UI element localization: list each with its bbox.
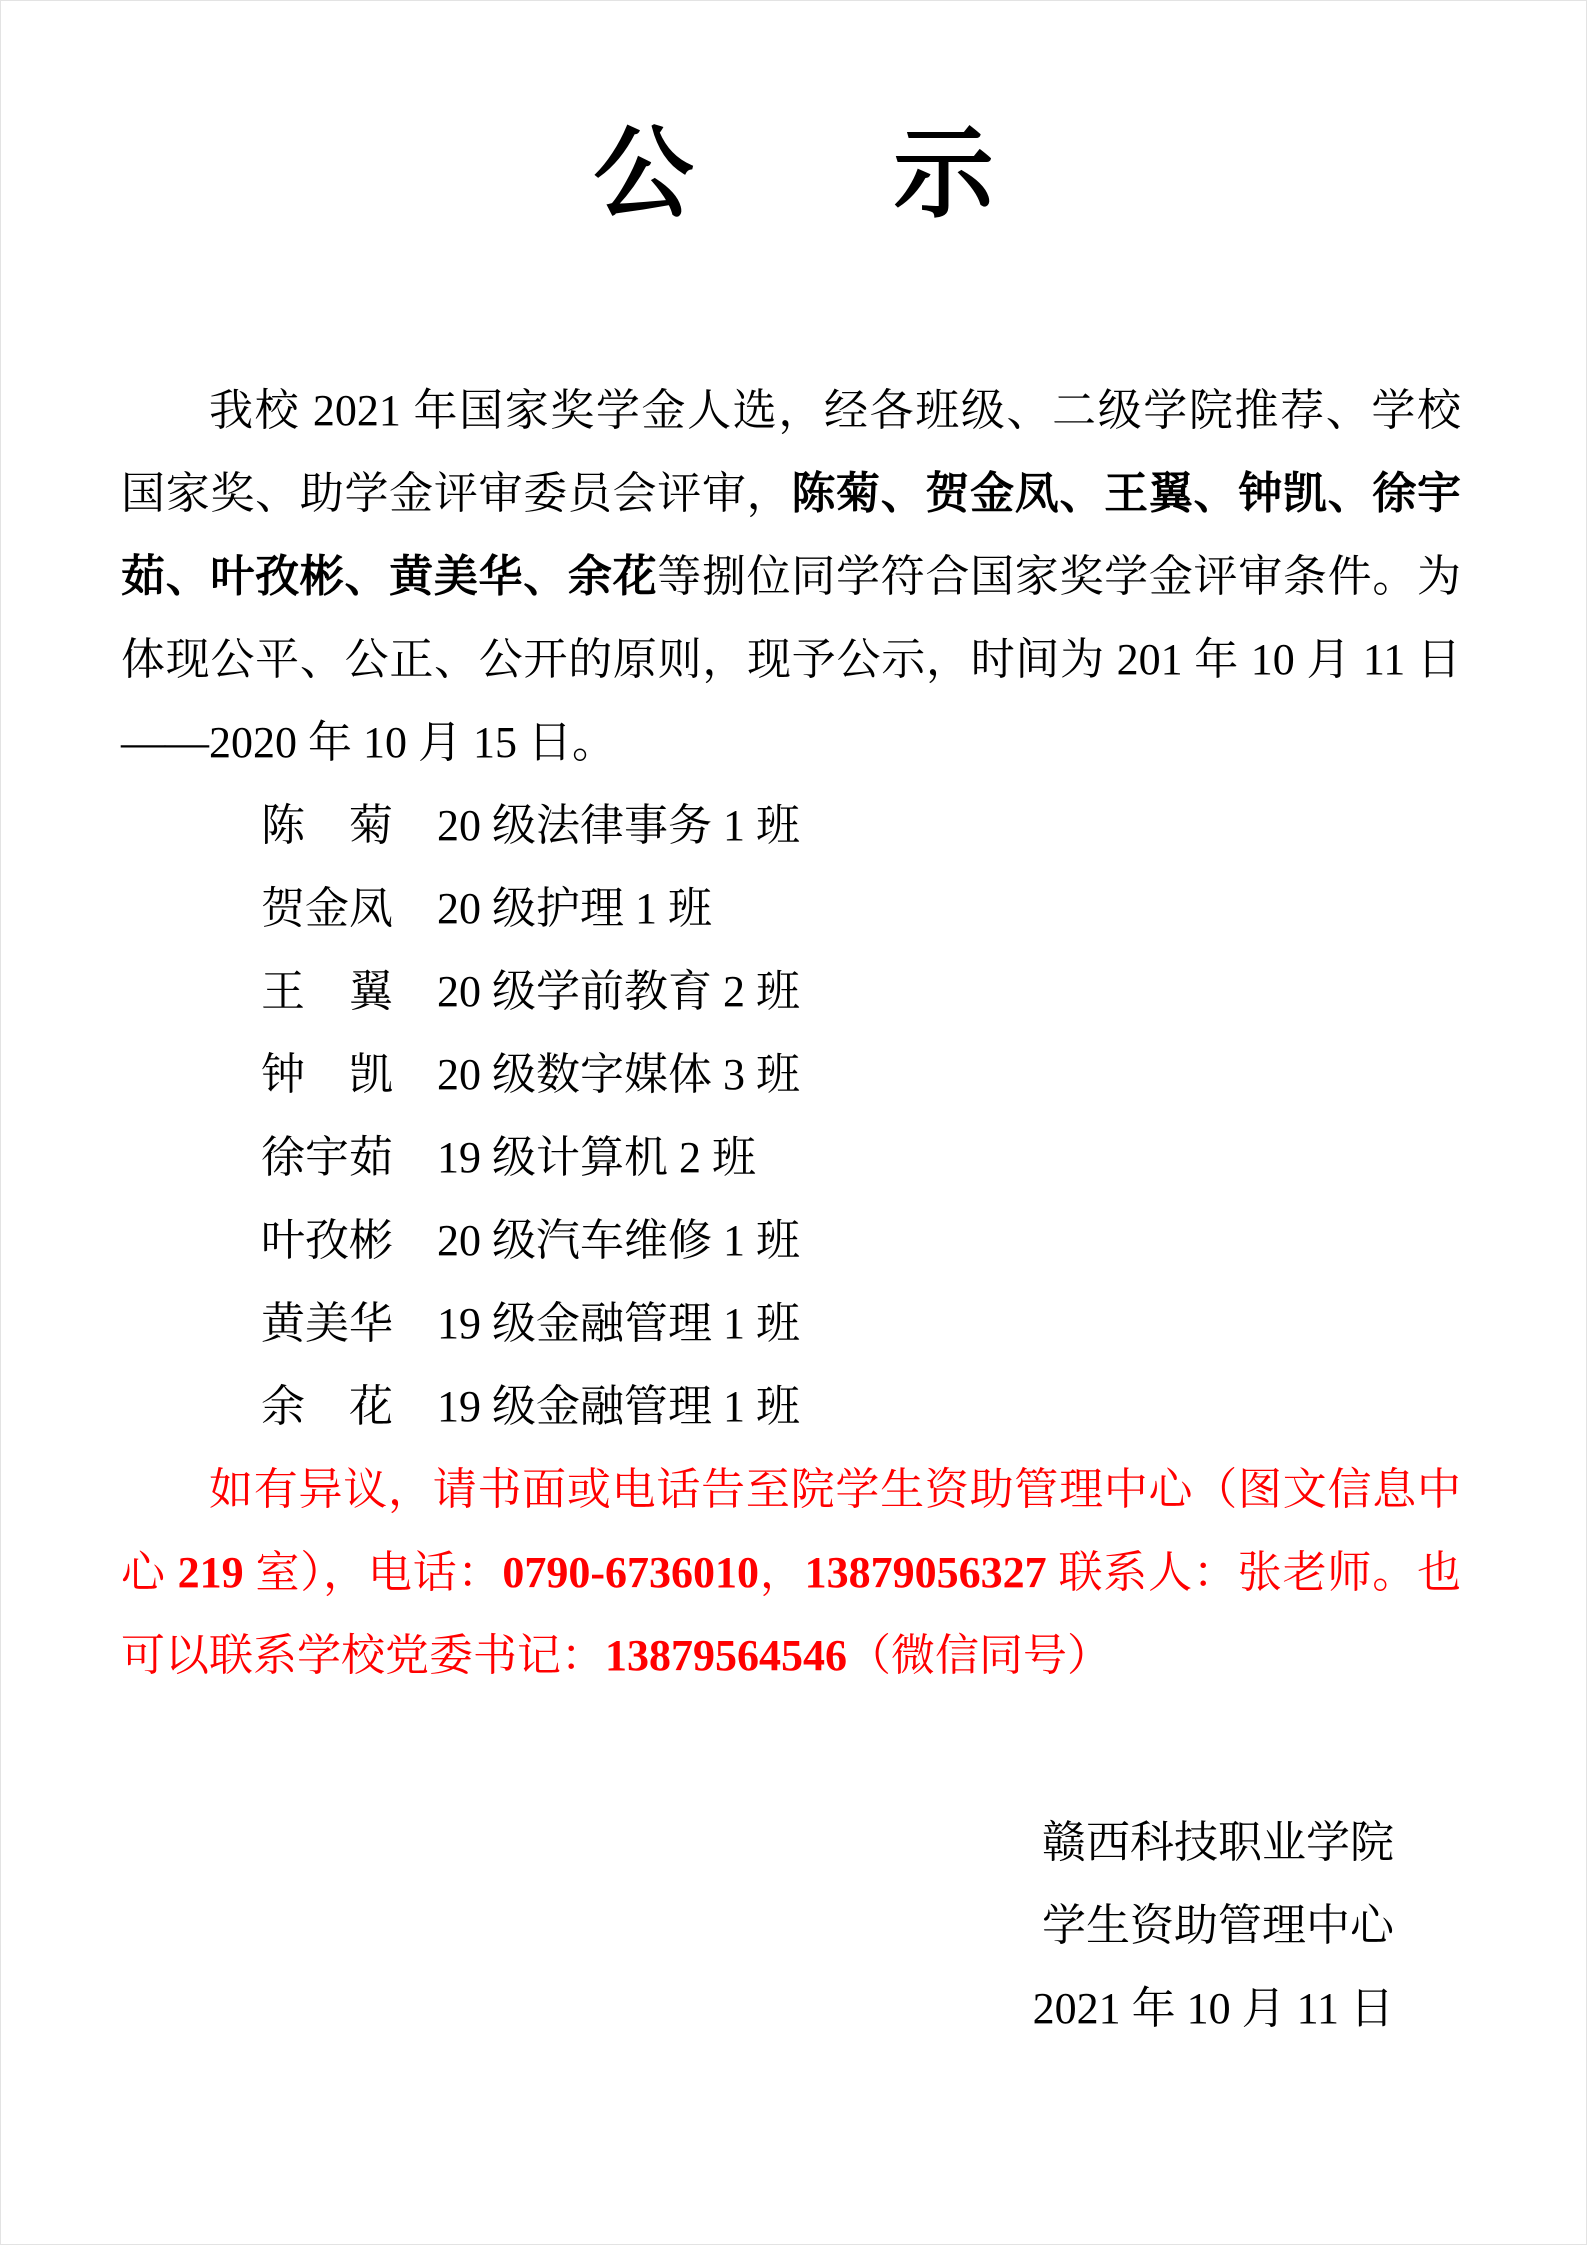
student-name: 黄美华	[261, 1282, 393, 1365]
signature-organization: 赣西科技职业学院	[121, 1801, 1394, 1884]
intro-paragraph: 我校 2021 年国家奖学金人选，经各班级、二级学院推荐、学校国家奖、助学金评审…	[121, 369, 1461, 784]
student-name: 叶孜彬	[261, 1199, 393, 1282]
announcement-document: 公 示 我校 2021 年国家奖学金人选，经各班级、二级学院推荐、学校国家奖、助…	[0, 0, 1587, 2245]
student-row: 余 花19 级金融管理 1 班	[261, 1365, 1461, 1448]
student-class: 20 级数字媒体 3 班	[437, 1050, 800, 1099]
student-name: 陈 菊	[261, 784, 393, 867]
student-class: 20 级法律事务 1 班	[437, 801, 800, 850]
student-row: 陈 菊20 级法律事务 1 班	[261, 784, 1461, 867]
student-row: 钟 凯20 级数字媒体 3 班	[261, 1033, 1461, 1116]
objection-text: 室），电话：	[244, 1548, 503, 1597]
contact-phone-number: 13879056327	[805, 1548, 1047, 1597]
signature-date: 2021 年 10 月 11 日	[121, 1967, 1394, 2050]
room-number: 219	[178, 1548, 244, 1597]
student-row: 叶孜彬20 级汽车维修 1 班	[261, 1199, 1461, 1282]
objection-text: ，	[759, 1548, 805, 1597]
signature-block: 赣西科技职业学院 学生资助管理中心 2021 年 10 月 11 日	[121, 1801, 1394, 2050]
student-row: 徐宇茹19 级计算机 2 班	[261, 1116, 1461, 1199]
student-class: 19 级金融管理 1 班	[437, 1382, 800, 1431]
student-name: 贺金凤	[261, 867, 393, 950]
student-class: 19 级计算机 2 班	[437, 1133, 756, 1182]
student-row: 王 翼20 级学前教育 2 班	[261, 950, 1461, 1033]
student-name: 徐宇茹	[261, 1116, 393, 1199]
objection-paragraph: 如有异议，请书面或电话告至院学生资助管理中心（图文信息中心 219 室），电话：…	[121, 1448, 1461, 1697]
student-class: 20 级学前教育 2 班	[437, 967, 800, 1016]
student-row: 黄美华19 级金融管理 1 班	[261, 1282, 1461, 1365]
student-class: 19 级金融管理 1 班	[437, 1299, 800, 1348]
office-phone-number: 0790-6736010	[502, 1548, 759, 1597]
secretary-phone-number: 13879564546	[605, 1631, 847, 1680]
objection-text: （微信同号）	[847, 1631, 1111, 1680]
document-body: 我校 2021 年国家奖学金人选，经各班级、二级学院推荐、学校国家奖、助学金评审…	[121, 369, 1461, 2050]
student-class: 20 级护理 1 班	[437, 884, 712, 933]
student-name: 钟 凯	[261, 1033, 393, 1116]
student-list: 陈 菊20 级法律事务 1 班 贺金凤20 级护理 1 班 王 翼20 级学前教…	[121, 784, 1461, 1448]
signature-department: 学生资助管理中心	[121, 1884, 1394, 1967]
student-class: 20 级汽车维修 1 班	[437, 1216, 800, 1265]
student-name: 王 翼	[261, 950, 393, 1033]
student-name: 余 花	[261, 1365, 393, 1448]
document-title: 公 示	[1, 1, 1586, 241]
student-row: 贺金凤20 级护理 1 班	[261, 867, 1461, 950]
